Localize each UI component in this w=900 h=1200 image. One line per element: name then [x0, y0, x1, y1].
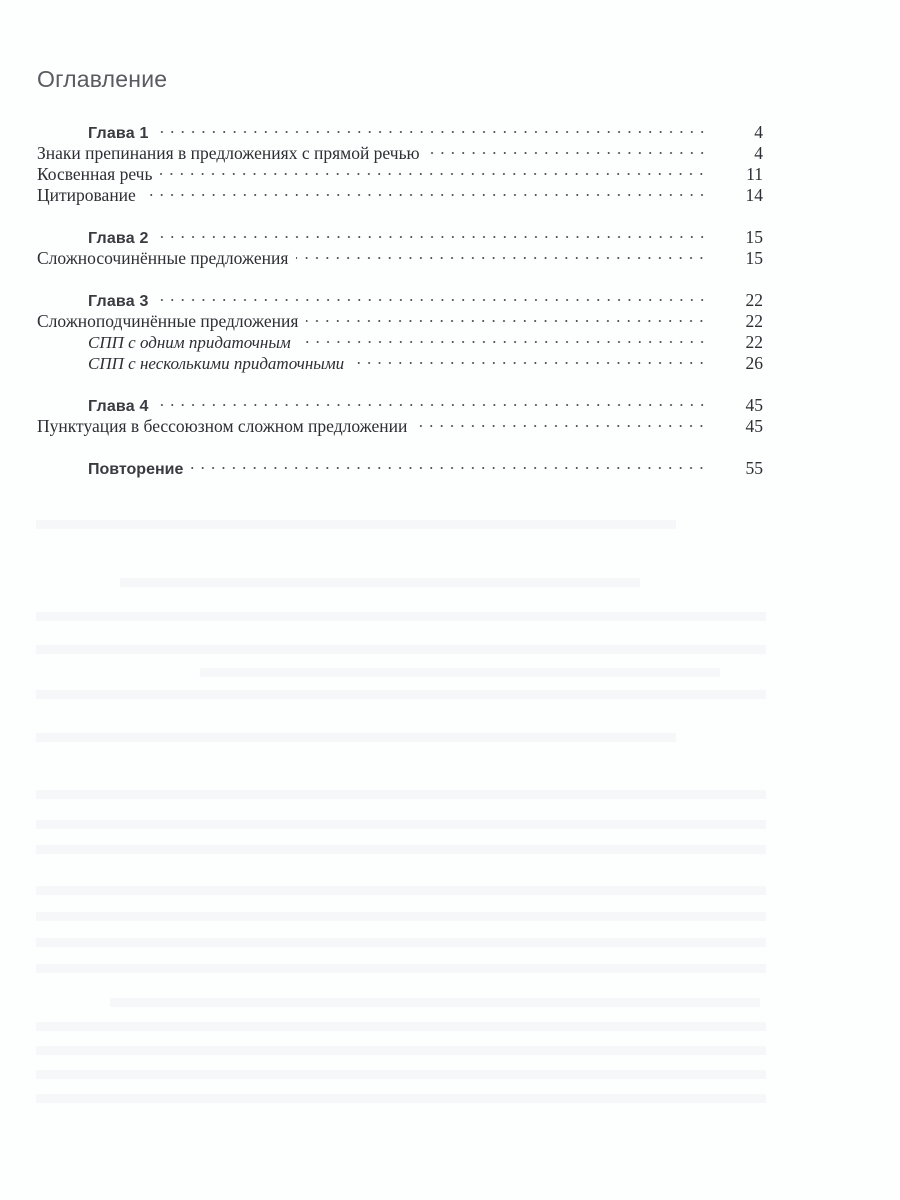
page-number: 45 [743, 416, 763, 437]
toc-chapter-heading[interactable]: Глава 322 [37, 285, 763, 306]
toc-review-entry[interactable]: Повторение55 [37, 453, 763, 474]
toc-entry-label: Глава 1 [37, 123, 157, 144]
toc-entry-label: Повторение [37, 459, 191, 480]
toc-entry-label: Глава 3 [37, 291, 157, 312]
toc-entry-label: Сложноподчинённые предложения [37, 311, 306, 332]
dot-leader [160, 159, 707, 180]
dot-leader [306, 306, 707, 327]
dot-leader [191, 453, 707, 474]
dot-leader [428, 138, 707, 159]
toc-entry-label: Глава 2 [37, 228, 157, 249]
page-number: 22 [743, 332, 763, 353]
page-number: 14 [743, 185, 763, 206]
page-number: 22 [743, 311, 763, 332]
dot-leader [157, 285, 707, 306]
toc-chapter-group: Глава 215Сложносочинённые предложения15 [37, 222, 763, 264]
toc-entry-label: Цитирование [37, 185, 144, 206]
page-number: 4 [743, 122, 763, 143]
dot-leader [157, 222, 707, 243]
page-number: 26 [743, 353, 763, 374]
toc-chapter-heading[interactable]: Глава 215 [37, 222, 763, 243]
page-number: 45 [743, 395, 763, 416]
toc-entry-label: СПП с несколькими придаточными [37, 353, 352, 374]
book-page: Оглавление Глава 14Знаки препинания в пр… [0, 0, 900, 1200]
toc-review-group: Повторение55 [37, 453, 763, 474]
page-number: 15 [743, 227, 763, 248]
toc-chapter-group: Глава 14Знаки препинания в предложениях … [37, 117, 763, 201]
toc-entry-label: СПП с одним придаточным [37, 332, 299, 353]
table-of-contents: Глава 14Знаки препинания в предложениях … [37, 117, 763, 495]
page-title: Оглавление [37, 66, 167, 93]
dot-leader [157, 390, 707, 411]
dot-leader [296, 243, 707, 264]
page-number: 4 [743, 143, 763, 164]
page-number: 11 [743, 164, 763, 185]
dot-leader [299, 327, 707, 348]
dot-leader [144, 180, 707, 201]
toc-entry-label: Косвенная речь [37, 164, 160, 185]
toc-entry-label: Глава 4 [37, 396, 157, 417]
toc-section-entry[interactable]: Цитирование14 [37, 180, 763, 201]
toc-entry-label: Сложносочинённые предложения [37, 248, 296, 269]
toc-entry-label: Пунктуация в бессоюзном сложном предложе… [37, 416, 415, 437]
toc-chapter-heading[interactable]: Глава 14 [37, 117, 763, 138]
toc-chapter-group: Глава 445Пунктуация в бессоюзном сложном… [37, 390, 763, 432]
toc-chapter-heading[interactable]: Глава 445 [37, 390, 763, 411]
dot-leader [157, 117, 707, 138]
page-number: 55 [743, 458, 763, 479]
dot-leader [415, 411, 707, 432]
toc-chapter-group: Глава 322Сложноподчинённые предложения22… [37, 285, 763, 369]
page-number: 15 [743, 248, 763, 269]
page-number: 22 [743, 290, 763, 311]
dot-leader [352, 348, 707, 369]
